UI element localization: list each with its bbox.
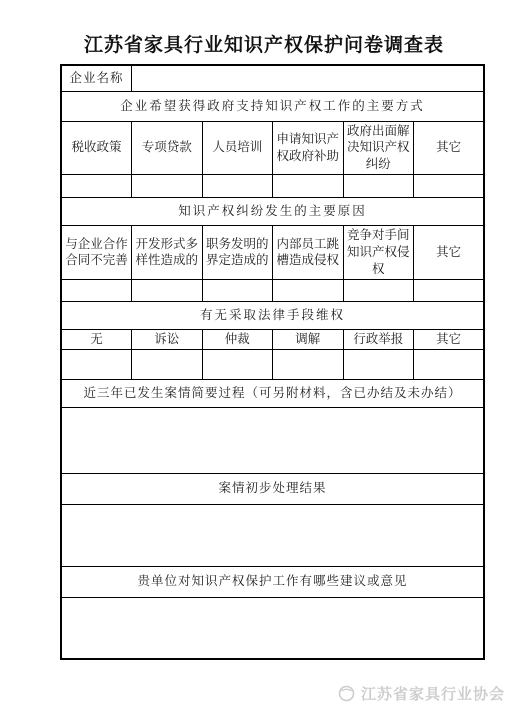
answer-cell bbox=[343, 279, 414, 301]
option-header-cell: 内部员工跳槽造成侵权 bbox=[273, 226, 344, 280]
table-row: 贵单位对知识产权保护工作有哪些建议或意见 bbox=[61, 566, 484, 597]
option-header-cell: 其它 bbox=[414, 329, 485, 349]
answer-cell bbox=[414, 279, 485, 301]
option-header-cell: 专项贷款 bbox=[132, 121, 203, 175]
association-name: 江苏省家具行业协会 bbox=[361, 683, 505, 704]
association-logo-icon bbox=[338, 685, 355, 702]
table-row: 近三年已发生案情简要过程（可另附材料，含已办结及未办结） bbox=[61, 379, 484, 407]
answer-cell bbox=[202, 175, 273, 198]
answer-cell bbox=[343, 175, 414, 198]
page-title: 江苏省家具行业知识产权保护问卷调查表 bbox=[0, 30, 528, 57]
option-header-cell: 与企业合作合同不完善 bbox=[61, 226, 132, 280]
company-name-label: 企业名称 bbox=[61, 65, 132, 91]
table-row bbox=[61, 504, 484, 566]
option-header-cell: 诉讼 bbox=[132, 329, 203, 349]
table-row: 知识产权纠纷发生的主要原因 bbox=[61, 198, 484, 226]
option-header-cell: 仲裁 bbox=[202, 329, 273, 349]
answer-cell bbox=[343, 349, 414, 379]
answer-cell bbox=[273, 349, 344, 379]
section-header-dispute-causes: 知识产权纠纷发生的主要原因 bbox=[61, 198, 484, 226]
answer-cell bbox=[273, 279, 344, 301]
free-text-label-case-history: 近三年已发生案情简要过程（可另附材料，含已办结及未办结） bbox=[61, 379, 484, 407]
option-header-cell: 其它 bbox=[414, 226, 485, 280]
free-text-label-preliminary-results: 案情初步处理结果 bbox=[61, 473, 484, 504]
questionnaire-table: 企业名称 企业希望获得政府支持知识产权工作的主要方式 税收政策 专项贷款 人员培… bbox=[60, 64, 485, 660]
questionnaire-page: 江苏省家具行业知识产权保护问卷调查表 企业名称 企业希望获得政府支持知识产权工作… bbox=[0, 0, 528, 717]
table-row bbox=[61, 407, 484, 473]
table-row: 无 诉讼 仲裁 调解 行政举报 其它 bbox=[61, 329, 484, 349]
answer-cell bbox=[273, 175, 344, 198]
answer-cell bbox=[414, 175, 485, 198]
answer-cell bbox=[61, 175, 132, 198]
option-header-cell: 职务发明的界定造成的 bbox=[202, 226, 273, 280]
section-header-legal-actions: 有无采取法律手段维权 bbox=[61, 301, 484, 329]
option-header-cell: 税收政策 bbox=[61, 121, 132, 175]
option-header-cell: 人员培训 bbox=[202, 121, 273, 175]
answer-cell bbox=[132, 349, 203, 379]
option-header-cell: 竞争对手间知识产权侵权 bbox=[343, 226, 414, 280]
option-header-cell: 开发形式多样性造成的 bbox=[132, 226, 203, 280]
option-header-cell: 其它 bbox=[414, 121, 485, 175]
option-header-cell: 政府出面解决知识产权纠纷 bbox=[343, 121, 414, 175]
free-text-area-case-history bbox=[61, 407, 484, 473]
table-row: 税收政策 专项贷款 人员培训 申请知识产权政府补助 政府出面解决知识产权纠纷 其… bbox=[61, 121, 484, 175]
section-header-support-methods: 企业希望获得政府支持知识产权工作的主要方式 bbox=[61, 91, 484, 121]
table-row bbox=[61, 597, 484, 659]
answer-cell bbox=[132, 175, 203, 198]
answer-cell bbox=[132, 279, 203, 301]
option-header-cell: 调解 bbox=[273, 329, 344, 349]
table-row: 企业希望获得政府支持知识产权工作的主要方式 bbox=[61, 91, 484, 121]
answer-cell bbox=[414, 349, 485, 379]
company-name-cell bbox=[132, 65, 485, 91]
table-row: 与企业合作合同不完善 开发形式多样性造成的 职务发明的界定造成的 内部员工跳槽造… bbox=[61, 226, 484, 280]
association-watermark: 江苏省家具行业协会 bbox=[338, 683, 505, 704]
table-row: 有无采取法律手段维权 bbox=[61, 301, 484, 329]
answer-cell bbox=[61, 279, 132, 301]
free-text-label-suggestions: 贵单位对知识产权保护工作有哪些建议或意见 bbox=[61, 566, 484, 597]
table-row: 企业名称 bbox=[61, 65, 484, 91]
option-header-cell: 申请知识产权政府补助 bbox=[273, 121, 344, 175]
table-row: 案情初步处理结果 bbox=[61, 473, 484, 504]
answer-cell bbox=[202, 279, 273, 301]
option-header-cell: 无 bbox=[61, 329, 132, 349]
table-row bbox=[61, 175, 484, 198]
answer-cell bbox=[61, 349, 132, 379]
free-text-area-preliminary-results bbox=[61, 504, 484, 566]
table-row bbox=[61, 349, 484, 379]
table-row bbox=[61, 279, 484, 301]
option-header-cell: 行政举报 bbox=[343, 329, 414, 349]
answer-cell bbox=[202, 349, 273, 379]
free-text-area-suggestions bbox=[61, 597, 484, 659]
